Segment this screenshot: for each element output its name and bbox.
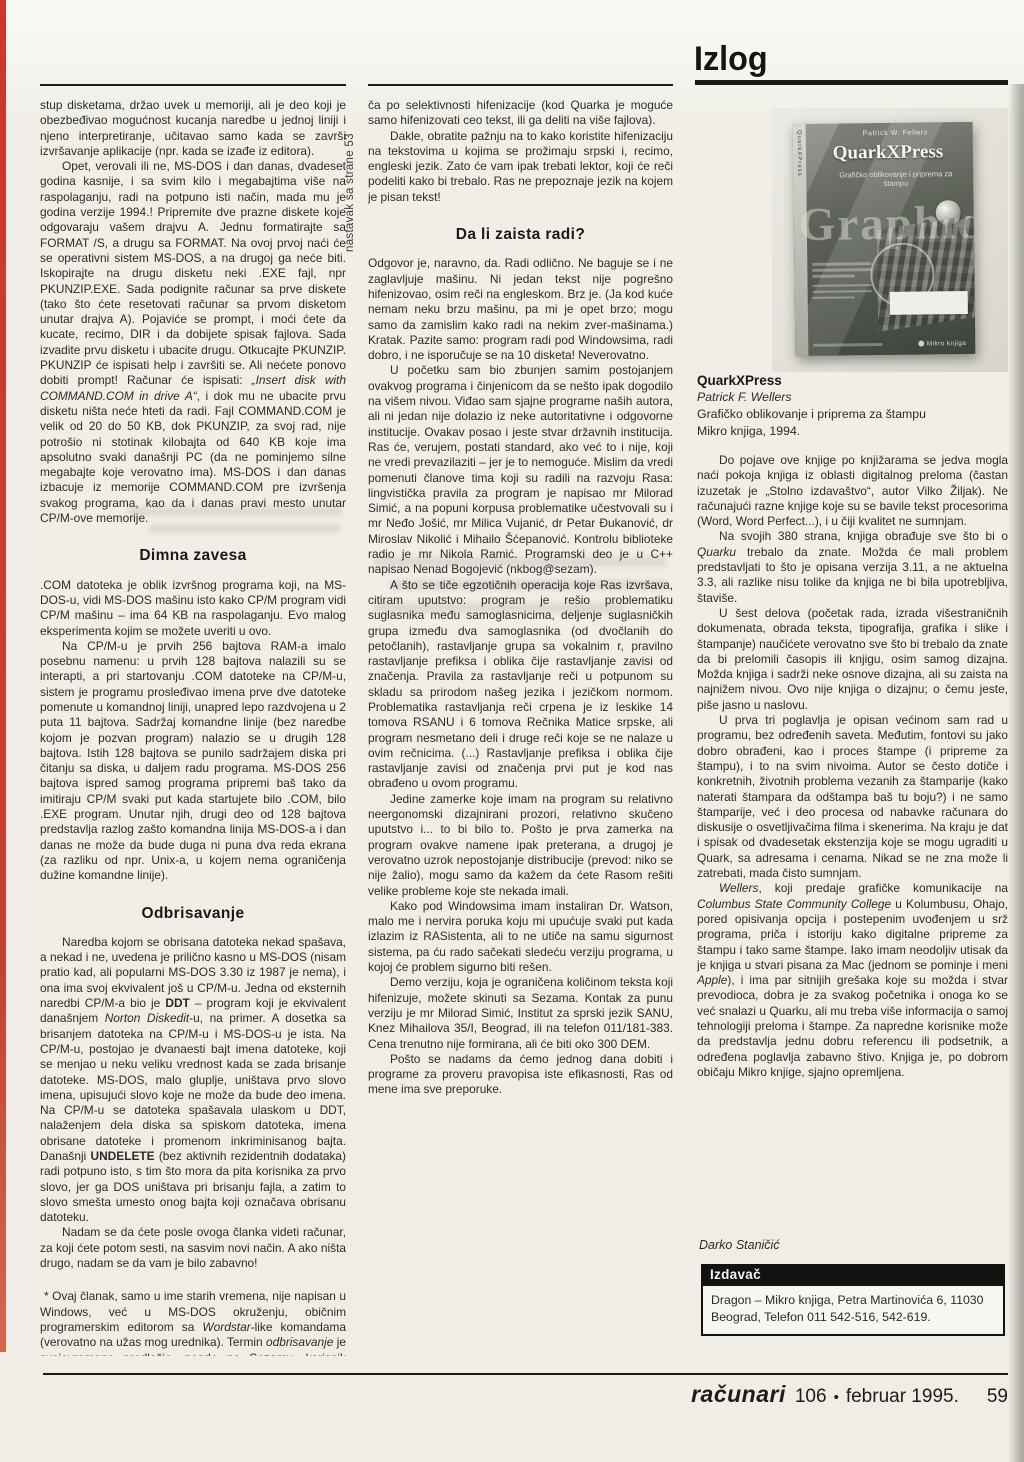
cover-footer-row: Mikro knjiga (813, 340, 966, 349)
book-subtitle: Grafičko oblikovanje i priprema za štamp… (697, 406, 1008, 423)
cover-small-text-block (812, 262, 872, 306)
book-author: Patrick F. Wellers (697, 389, 1008, 406)
paragraph: ča po selektivnosti hifenizacije (kod Qu… (368, 98, 673, 129)
paragraph: Dakle, obratite pažnju na to kako korist… (368, 129, 673, 205)
article-column-2: ča po selektivnosti hifenizacije (kod Qu… (368, 98, 673, 1356)
cover-footer-bar (813, 343, 882, 347)
paragraph: Na CP/M-u je prvih 256 bajtova RAM-a ima… (40, 639, 346, 884)
cover-subtitle: Grafičko oblikovanje i priprema za štamp… (833, 169, 959, 189)
continuation-note: nastavak sa strane 53 (344, 102, 363, 252)
paragraph: Opet, verovali ili ne, MS-DOS i dan dana… (40, 159, 346, 526)
issue-date: februar 1995. (846, 1386, 959, 1407)
article-column-1: stup disketama, držao uvek u memoriji, a… (40, 98, 346, 1356)
magazine-logo: računari (691, 1381, 795, 1407)
footnote: * Ovaj članak, samo u ime starih vremena… (40, 1289, 346, 1356)
section-title: Izlog (694, 40, 768, 79)
author-signature: Darko Staničić (699, 1238, 780, 1252)
subheading-dimna-zavesa: Dimna zavesa (40, 548, 346, 563)
scan-edge-shadow (1008, 84, 1024, 1462)
footer-rule (43, 1373, 1008, 1375)
book-publisher: Mikro knjiga, 1994. (697, 423, 1008, 440)
paragraph: Kako pod Windowsima imam instaliran Dr. … (368, 899, 673, 975)
review-column: QuarkXPress Patrick F. Wellers Grafičko … (697, 372, 1008, 1234)
section-title-rule (695, 80, 1008, 85)
magazine-page: hardver Izlog nastavak sa strane 53 stup… (0, 0, 1024, 1462)
publisher-box-title: Izdavač (701, 1264, 1005, 1286)
publisher-box-text: Dragon – Mikro knjiga, Petra Martinovića… (701, 1286, 1005, 1336)
paragraph: Nadam se da ćete posle ovoga članka vide… (40, 1225, 346, 1271)
column2-top-rule (368, 84, 673, 86)
scan-edge-red-strip (0, 0, 6, 1352)
subheading-da-li-zaista-radi: Da li zaista radi? (368, 227, 673, 242)
publisher-logo: Mikro knjiga (918, 340, 967, 348)
subheading-odbrisavanje: Odbrisavanje (40, 906, 346, 921)
cover-white-box (890, 291, 968, 315)
column1-top-rule (40, 84, 346, 86)
paragraph: stup disketama, držao uvek u memoriji, a… (40, 98, 346, 159)
paragraph: Odgovor je, naravno, da. Radi odlično. N… (368, 256, 673, 363)
paragraph: Naredba kojom se obrisana datoteka nekad… (40, 935, 346, 1226)
paragraph: Do pojave ove knjige po knjižarama se je… (697, 453, 1008, 529)
paragraph: U prva tri poglavlja je opisan većinom s… (697, 713, 1008, 881)
paragraph: Na svojih 380 strana, knjiga obrađuje sv… (697, 529, 1008, 605)
paragraph: Wellers, koji predaje grafičke komunikac… (697, 881, 1008, 1080)
paragraph: A što se tiče egzotičnih operacija koje … (368, 578, 673, 792)
paragraph: U početku sam bio zbunjen samim postojan… (368, 363, 673, 577)
publisher-logo-text: Mikro knjiga (927, 340, 967, 347)
publisher-logo-icon (918, 341, 924, 347)
book-cover: QuarkXPress Patrick W. Fellers QuarkXPre… (793, 122, 976, 356)
book-spine-text: QuarkXPress (796, 130, 803, 177)
page-number: 59 (987, 1386, 1008, 1407)
cover-title: QuarkXPress (807, 141, 969, 165)
bullet-separator: • (827, 1389, 846, 1406)
book-title: QuarkXPress (697, 372, 1008, 389)
issue-number: 106 (795, 1386, 827, 1407)
paragraph: Pošto se nadams da ćemo jednog dana dobi… (368, 1052, 673, 1098)
publisher-box: Izdavač Dragon – Mikro knjiga, Petra Mar… (701, 1264, 1005, 1336)
book-info-block: QuarkXPress Patrick F. Wellers Grafičko … (697, 372, 1008, 440)
paragraph: .COM datoteka je oblik izvršnog programa… (40, 578, 346, 639)
page-footer: računari106•februar 1995.59 (43, 1381, 1008, 1408)
paragraph: Demo verziju, koja je ograničena količin… (368, 975, 673, 1051)
paragraph: U šest delova (početak rada, izrada više… (697, 606, 1008, 713)
paragraph: Jedine zamerke koje imam na program su r… (368, 792, 673, 899)
book-photo: QuarkXPress Patrick W. Fellers QuarkXPre… (772, 108, 1008, 372)
cover-author: Patrick W. Fellers (825, 129, 965, 138)
